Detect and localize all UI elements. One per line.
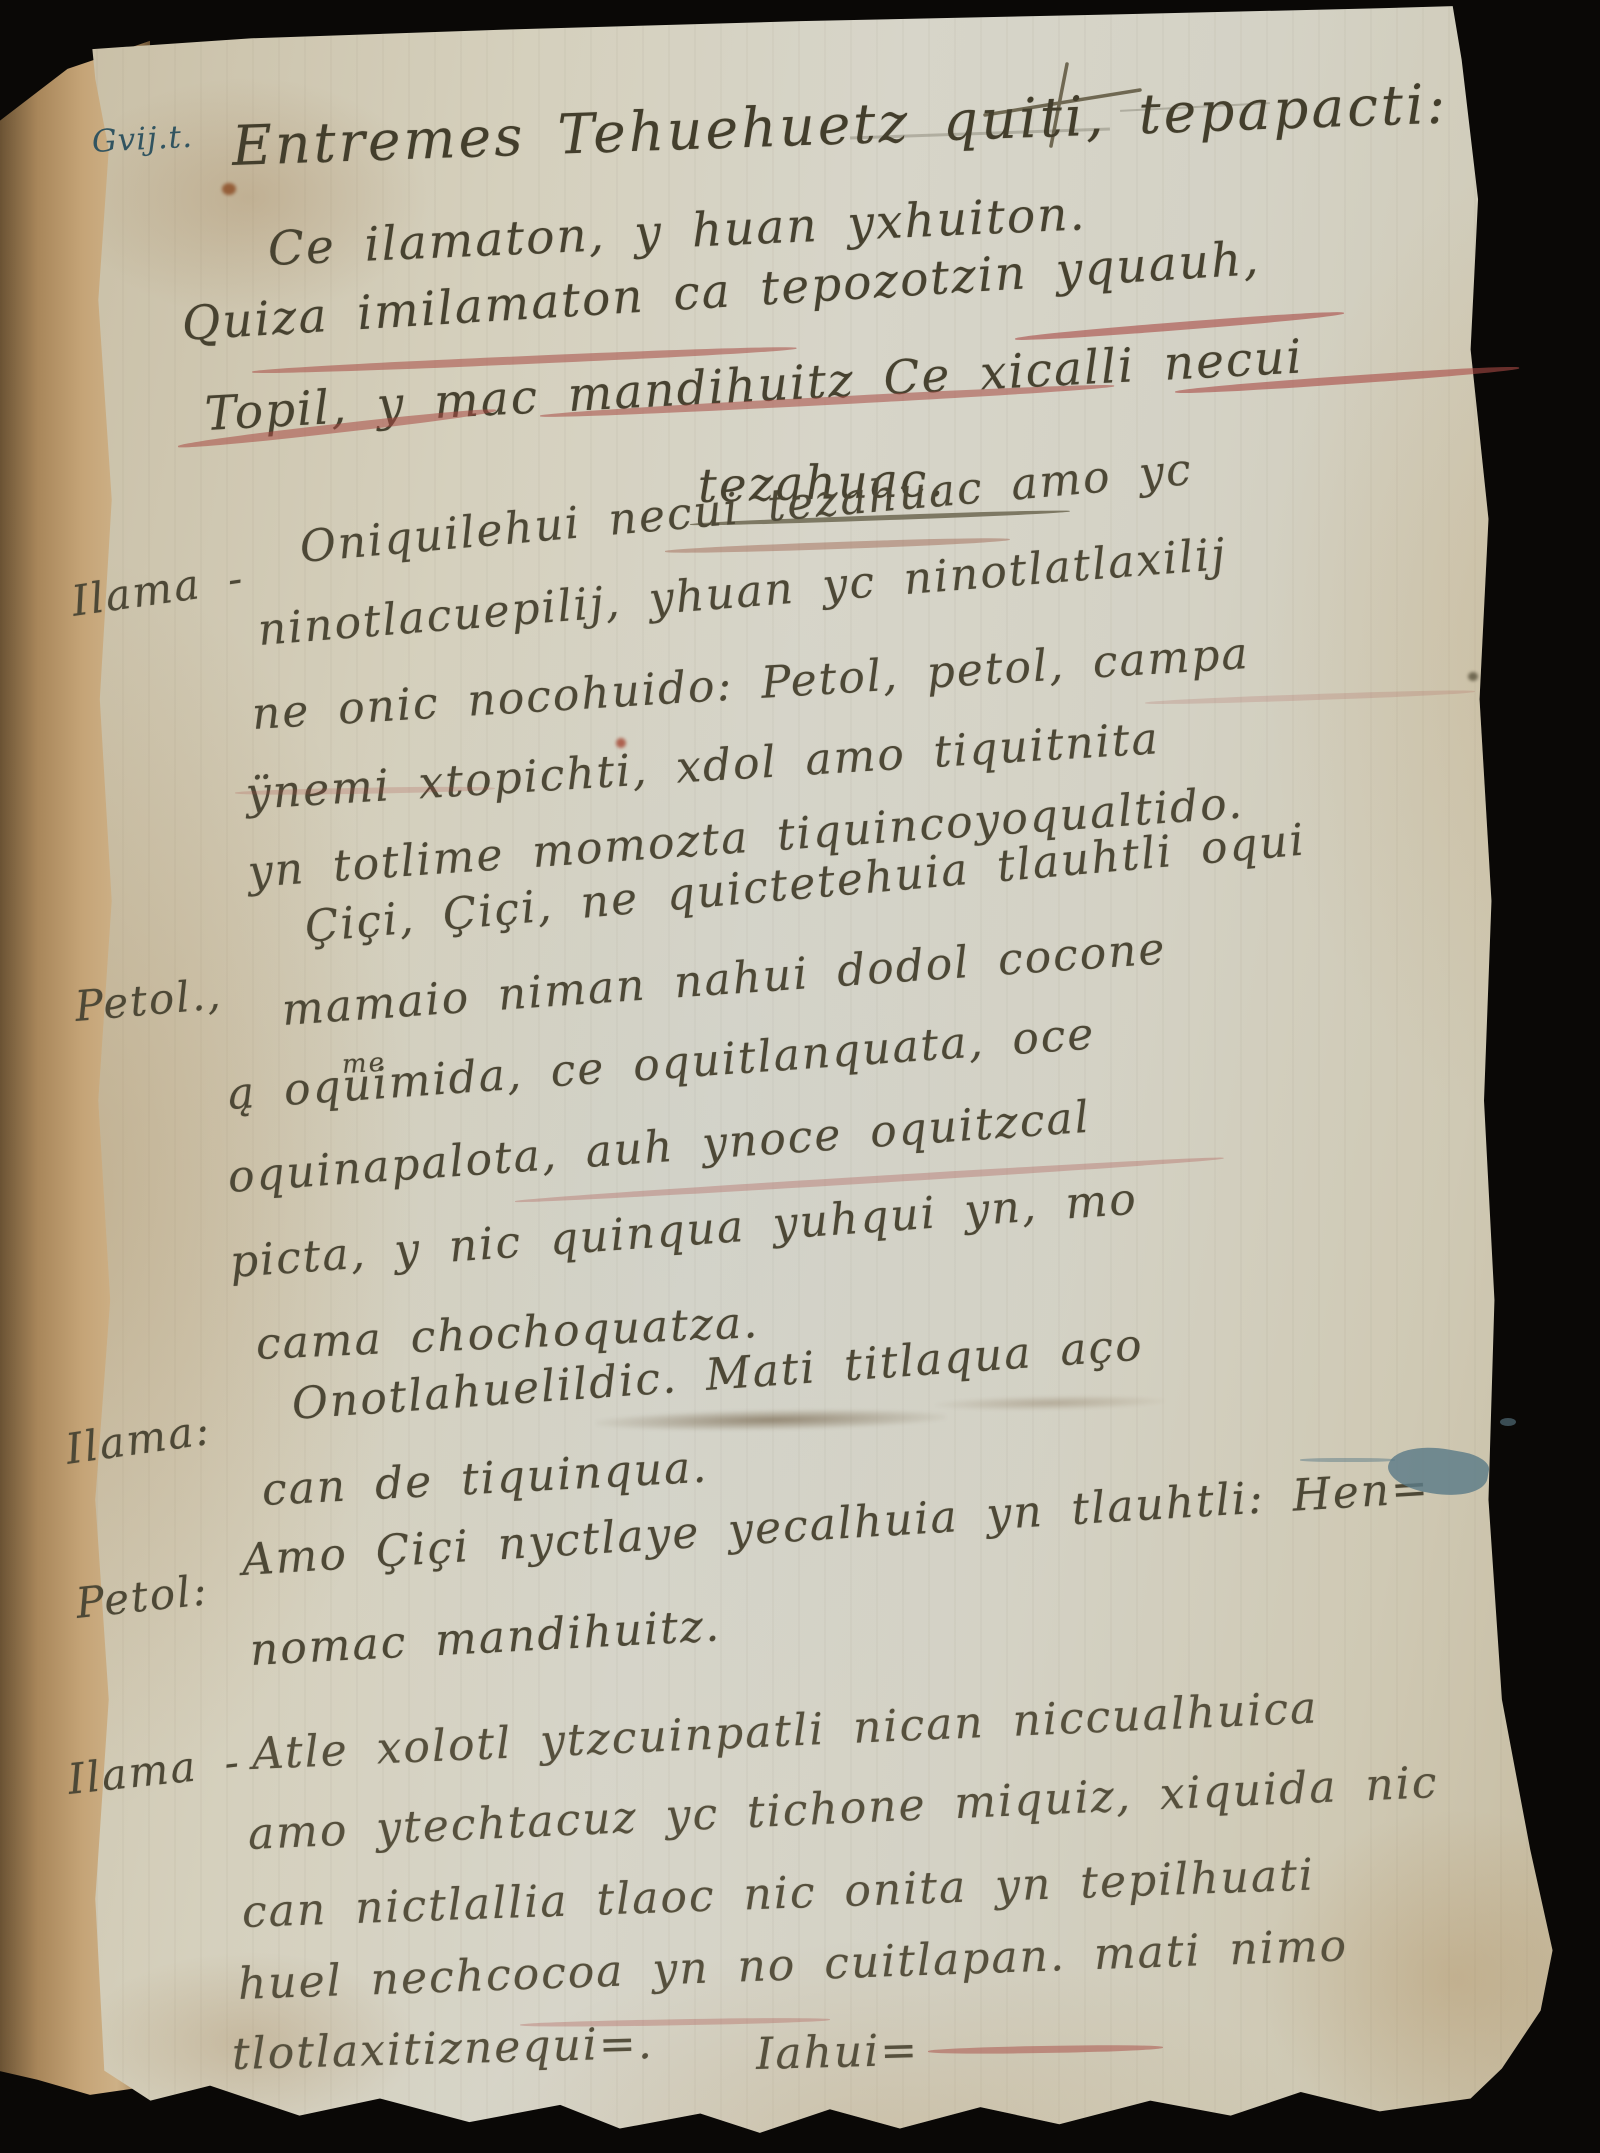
marginal-note: Gvij.t. [91,121,194,159]
manuscript-photo: Gvij.t. Entremes Tehuehuetz quiti, tepap… [0,0,1600,2153]
dialogue-line: tlotlaxitiznequi=. [231,2021,654,2078]
dialogue-line: Iahui= [755,2028,919,2078]
rust-spot [616,738,626,748]
blue-ink-blot [1300,1458,1395,1462]
blue-ink-blot [1500,1418,1516,1426]
